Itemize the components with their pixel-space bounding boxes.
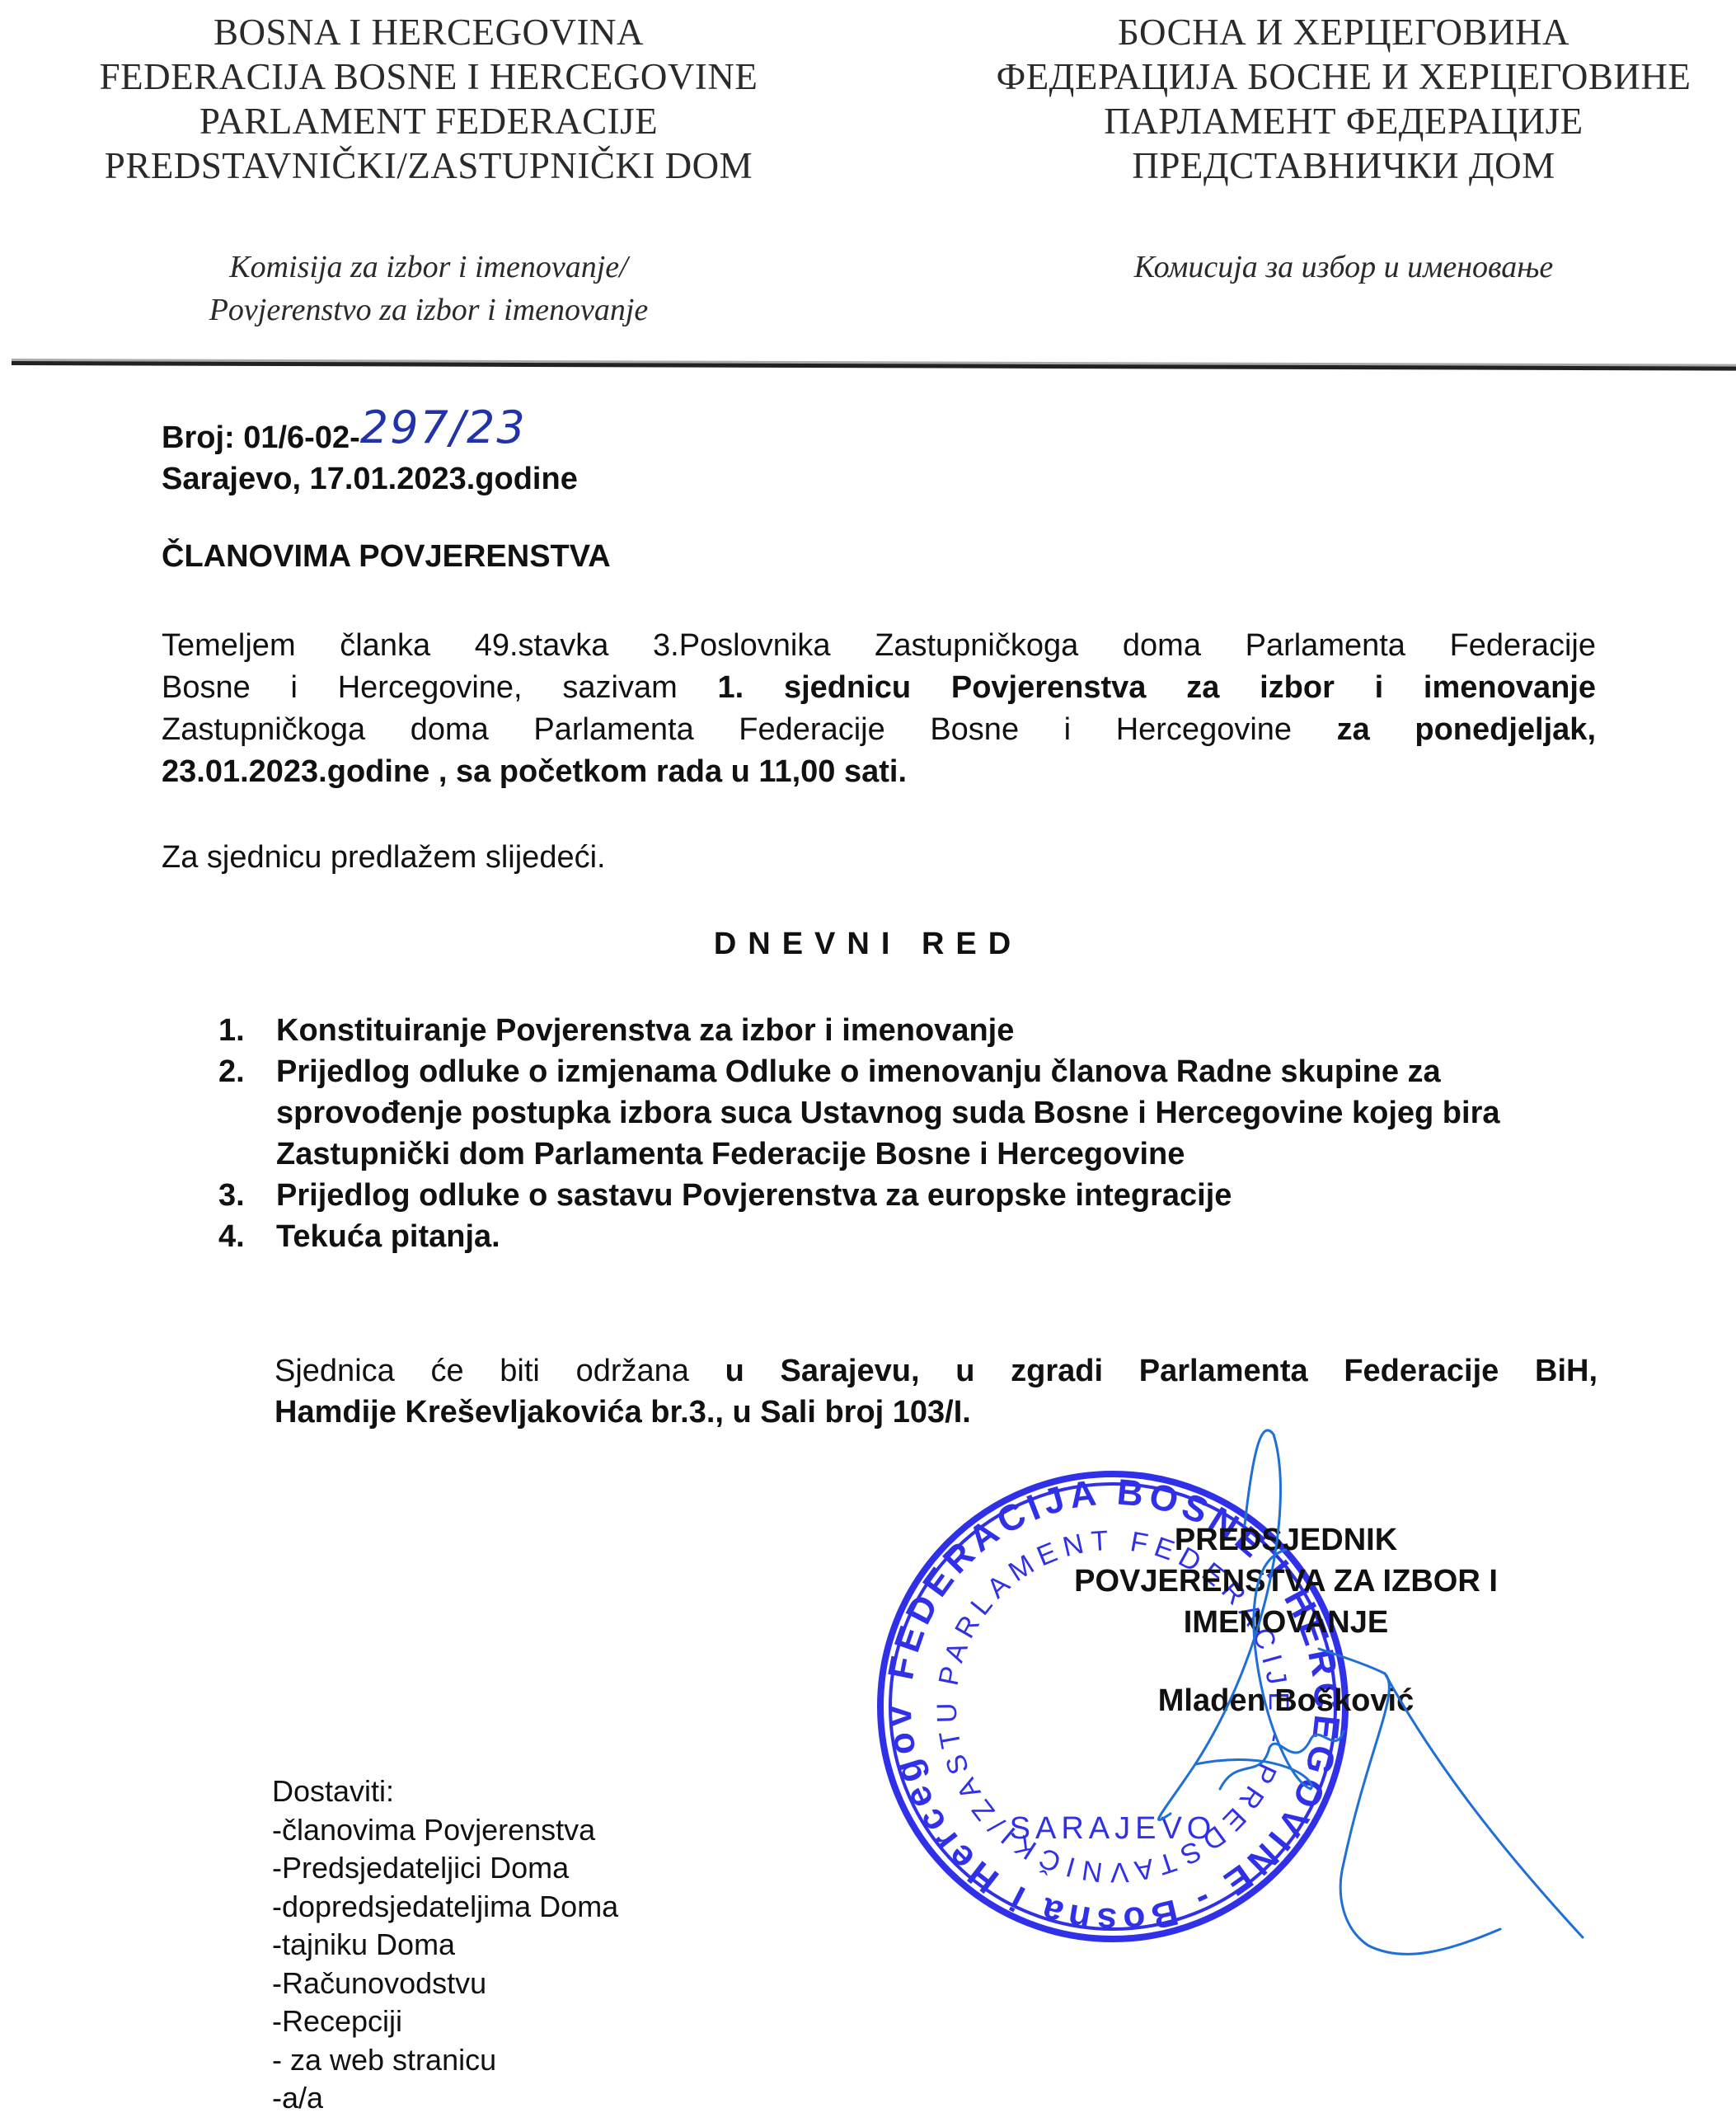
letterhead-line: BOSNA I HERCEGOVINA <box>33 10 824 54</box>
agenda-item-number: 4. <box>218 1216 276 1257</box>
agenda-item-text: Prijedlog odluke o sastavu Povjerenstva … <box>276 1175 1620 1216</box>
commission-name: Komisija za izbor i imenovanje/ <box>33 246 824 289</box>
convocation-line: 23.01.2023.godine , sa početkom rada u 1… <box>162 751 1596 793</box>
distribution-item: -Recepciji <box>272 2002 618 2041</box>
distribution-item: - za web stranicu <box>272 2041 618 2080</box>
letterhead-line: FEDERACIJA BOSNE I HERCEGOVINE <box>33 54 824 99</box>
distribution-list: Dostaviti: -članovima Povjerenstva-Preds… <box>272 1772 618 2118</box>
distribution-label: Dostaviti: <box>272 1772 618 1811</box>
venue-line: Sjednica će biti održana u Sarajevu, u z… <box>274 1350 1598 1392</box>
distribution-item: -Predsjedateljici Doma <box>272 1849 618 1888</box>
signature-block: PREDSJEDNIK POVJERENSTVA ZA IZBOR I IMEN… <box>1030 1519 1541 1721</box>
text: Bosne i Hercegovine, sazivam <box>162 670 718 705</box>
agenda-item-text: Konstituiranje Povjerenstva za izbor i i… <box>276 1010 1620 1051</box>
reference-block: Broj: 01/6-02-297/23 Sarajevo, 17.01.202… <box>162 412 578 500</box>
letterhead-line: PREDSTAVNIČKI/ZASTUPNIČKI DOM <box>33 143 824 188</box>
letterhead-cyrillic: БОСНА И ХЕРЦЕГОВИНА ФЕДЕРАЦИЈА БОСНЕ И Х… <box>948 10 1736 289</box>
reference-number: Broj: 01/6-02-297/23 <box>162 412 578 458</box>
intro-text: Za sjednicu predlažem slijedeći. <box>162 837 606 878</box>
bold-text: 1. sjednicu Povjerenstva za izbor i imen… <box>718 670 1597 705</box>
agenda-item: 3.Prijedlog odluke o sastavu Povjerenstv… <box>218 1175 1620 1216</box>
agenda-list: 1.Konstituiranje Povjerenstva za izbor i… <box>218 1010 1620 1257</box>
bold-text: Hamdije Kreševljakovića br.3., u Sali br… <box>274 1395 971 1430</box>
distribution-item: -Računovodstvu <box>272 1965 618 2003</box>
commission-name: Комисија за избор и именовање <box>948 246 1736 289</box>
convocation-line: Temeljem članka 49.stavka 3.Poslovnika Z… <box>162 625 1596 667</box>
distribution-item: -članovima Povjerenstva <box>272 1811 618 1850</box>
reference-prefix: Broj: 01/6-02- <box>162 420 360 455</box>
signatory-title: IMENOVANJE <box>1030 1602 1541 1643</box>
commission-name: Povjerenstvo za izbor i imenovanje <box>33 289 824 331</box>
text: Zastupničkoga doma Parlamenta Federacije… <box>162 712 1337 747</box>
agenda-item: 4.Tekuća pitanja. <box>218 1216 1620 1257</box>
agenda-item-number: 3. <box>218 1175 276 1216</box>
signatory-name: Mladen Bošković <box>1030 1680 1541 1721</box>
letterhead-line: PARLAMENT FEDERACIJE <box>33 99 824 143</box>
header-divider <box>12 361 1736 371</box>
venue-line: Hamdije Kreševljakovića br.3., u Sali br… <box>274 1392 1598 1433</box>
distribution-item: -tajniku Doma <box>272 1926 618 1965</box>
agenda-item: 1.Konstituiranje Povjerenstva za izbor i… <box>218 1010 1620 1051</box>
letterhead-line: ПАРЛАМЕНТ ФЕДЕРАЦИЈЕ <box>948 99 1736 143</box>
text: Sjednica će biti održana <box>274 1354 725 1388</box>
agenda-item-text: Tekuća pitanja. <box>276 1216 1620 1257</box>
convocation-paragraph: Temeljem članka 49.stavka 3.Poslovnika Z… <box>162 625 1596 793</box>
bold-text: u Sarajevu, u zgradi Parlamenta Federaci… <box>725 1354 1598 1388</box>
convocation-line: Bosne i Hercegovine, sazivam 1. sjednicu… <box>162 667 1596 709</box>
convocation-line: Zastupničkoga doma Parlamenta Federacije… <box>162 709 1596 751</box>
signatory-title: POVJERENSTVA ZA IZBOR I <box>1030 1561 1541 1602</box>
stamp-center-text: SARAJEVO <box>1010 1811 1217 1846</box>
bold-text: 23.01.2023.godine , sa početkom rada u 1… <box>162 754 907 789</box>
handwritten-number: 297/23 <box>360 401 527 453</box>
agenda-item-number: 2. <box>218 1051 276 1175</box>
letterhead-latin: BOSNA I HERCEGOVINA FEDERACIJA BOSNE I H… <box>33 10 824 331</box>
bold-text: za ponedjeljak, <box>1337 712 1596 747</box>
distribution-item: -a/a <box>272 2079 618 2118</box>
venue-paragraph: Sjednica će biti održana u Sarajevu, u z… <box>274 1350 1598 1433</box>
addressee: ČLANOVIMA POVJERENSTVA <box>162 536 611 577</box>
agenda-item-number: 1. <box>218 1010 276 1051</box>
place-date: Sarajevo, 17.01.2023.godine <box>162 458 578 500</box>
agenda-item-text: Prijedlog odluke o izmjenama Odluke o im… <box>276 1051 1620 1175</box>
agenda-item: 2.Prijedlog odluke o izmjenama Odluke o … <box>218 1051 1620 1175</box>
distribution-item: -dopredsjedateljima Doma <box>272 1888 618 1927</box>
text: Temeljem članka 49.stavka 3.Poslovnika Z… <box>162 628 1596 663</box>
letterhead-line: ФЕДЕРАЦИЈА БОСНЕ И ХЕРЦЕГОВИНЕ <box>948 54 1736 99</box>
signatory-title: PREDSJEDNIK <box>1030 1519 1541 1561</box>
agenda-title: DNEVNI RED <box>0 923 1736 965</box>
letterhead-line: БОСНА И ХЕРЦЕГОВИНА <box>948 10 1736 54</box>
letterhead-line: ПРЕДСТАВНИЧКИ ДОМ <box>948 143 1736 188</box>
